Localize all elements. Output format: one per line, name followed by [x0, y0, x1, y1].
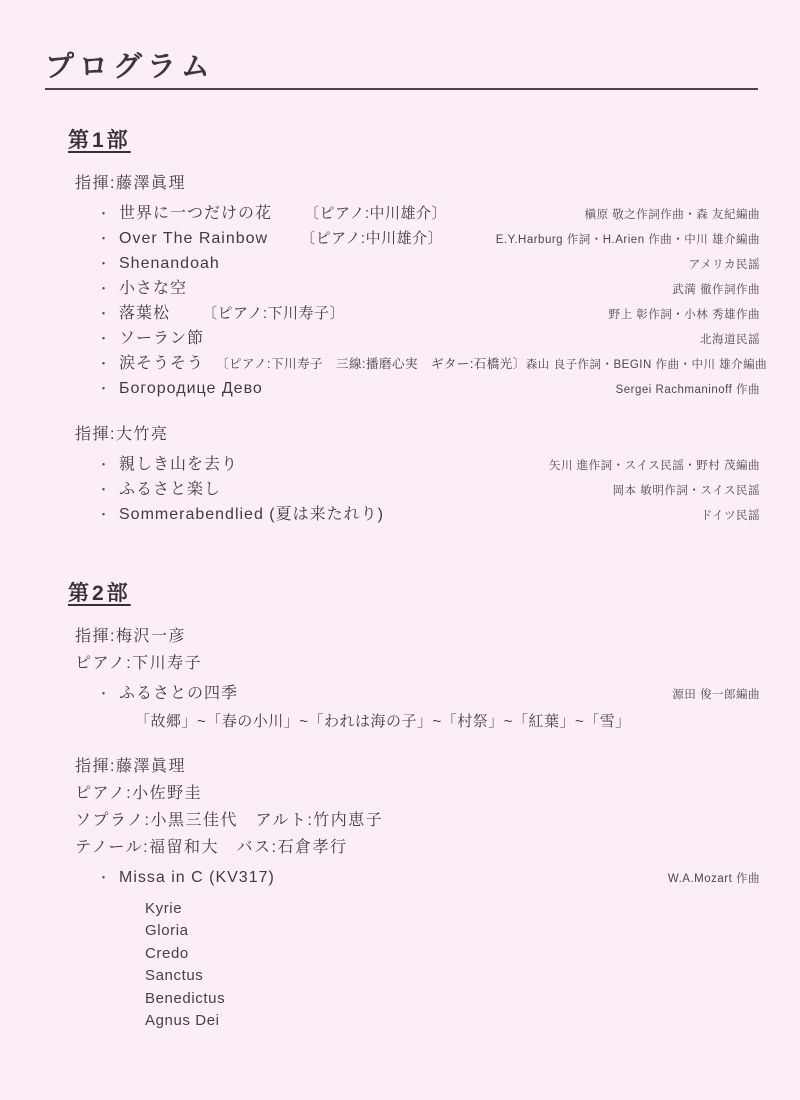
song-title: 落葉松 [119, 305, 170, 323]
song-note: 〔ピアノ:下川寿子 三線:播磨心実 ギター:石橋光〕 [216, 355, 526, 373]
song-list: ・世界に一つだけの花〔ピアノ:中川雄介〕槇原 敬之作詞作曲・森 友紀編曲・Ove… [45, 205, 760, 399]
song-row: ・Missa in C (KV317)W.A.Mozart 作曲 [97, 869, 760, 888]
performer-line: 指揮:藤澤眞理 [75, 174, 760, 193]
song-credit: 源田 俊一郎編曲 [672, 686, 760, 704]
song-title: ソーラン節 [119, 330, 204, 348]
song-title: 親しき山を去り [119, 456, 238, 474]
performer-line: ピアノ:小佐野圭 [75, 784, 760, 803]
bullet-icon: ・ [97, 685, 119, 703]
song-credit: 武満 徹作詞作曲 [672, 281, 760, 299]
song-note: 〔ピアノ:中川雄介〕 [300, 230, 443, 248]
song-list: ・ふるさとの四季源田 俊一郎編曲「故郷」~「春の小川」~「われは海の子」~「村祭… [45, 685, 760, 731]
program-body: 第1部指揮:藤澤眞理・世界に一つだけの花〔ピアノ:中川雄介〕槇原 敬之作詞作曲・… [45, 124, 760, 1032]
song-row: ・ふるさと楽し岡本 敏明作詞・スイス民謡 [97, 481, 760, 500]
song-credit: アメリカ民謡 [689, 256, 760, 274]
song-note: 〔ピアノ:下川寿子〕 [202, 305, 345, 323]
program-page: プログラム 第1部指揮:藤澤眞理・世界に一つだけの花〔ピアノ:中川雄介〕槇原 敬… [0, 0, 800, 1100]
bullet-icon: ・ [97, 230, 119, 248]
song-note: 〔ピアノ:中川雄介〕 [304, 205, 447, 223]
performer-line: ピアノ:下川寿子 [75, 654, 760, 673]
program-content: プログラム 第1部指揮:藤澤眞理・世界に一つだけの花〔ピアノ:中川雄介〕槇原 敬… [0, 0, 800, 1032]
bullet-icon: ・ [97, 380, 119, 398]
song-title: Over The Rainbow [119, 230, 268, 248]
song-row: ・小さな空武満 徹作詞作曲 [97, 280, 760, 299]
bullet-icon: ・ [97, 869, 119, 887]
song-title: 涙そうそう [119, 355, 204, 373]
medley-line: 「故郷」~「春の小川」~「われは海の子」~「村祭」~「紅葉」~「雪」 [135, 710, 760, 731]
performer-line: 指揮:梅沢一彦 [75, 627, 760, 646]
bullet-icon: ・ [97, 456, 119, 474]
song-credit: ドイツ民謡 [701, 507, 760, 525]
program-section: 第1部指揮:藤澤眞理・世界に一つだけの花〔ピアノ:中川雄介〕槇原 敬之作詞作曲・… [45, 124, 760, 525]
performer-group: 指揮:大竹亮・親しき山を去り矢川 進作詞・スイス民謡・野村 茂編曲・ふるさと楽し… [45, 425, 760, 525]
song-credit: 野上 彰作詞・小林 秀雄作曲 [609, 306, 760, 324]
performer-line: 指揮:大竹亮 [75, 425, 760, 444]
title-underline [45, 88, 758, 90]
movement-item: Gloria [145, 920, 760, 942]
program-section: 第2部指揮:梅沢一彦ピアノ:下川寿子・ふるさとの四季源田 俊一郎編曲「故郷」~「… [45, 577, 760, 1032]
bullet-icon: ・ [97, 481, 119, 499]
song-title: ふるさと楽し [119, 481, 221, 499]
song-credit: 槇原 敬之作詞作曲・森 友紀編曲 [585, 206, 760, 224]
bullet-icon: ・ [97, 355, 119, 373]
song-row: ・Shenandoahアメリカ民謡 [97, 255, 760, 274]
bullet-icon: ・ [97, 280, 119, 298]
song-row: ・親しき山を去り矢川 進作詞・スイス民謡・野村 茂編曲 [97, 456, 760, 475]
movement-list: KyrieGloriaCredoSanctusBenedictusAgnus D… [145, 898, 760, 1032]
song-title: ふるさとの四季 [119, 685, 238, 703]
song-title: 世界に一つだけの花 [119, 205, 272, 223]
bullet-icon: ・ [97, 506, 119, 524]
song-list: ・親しき山を去り矢川 進作詞・スイス民謡・野村 茂編曲・ふるさと楽し岡本 敏明作… [45, 456, 760, 525]
song-row: ・ソーラン節北海道民謡 [97, 330, 760, 349]
song-credit: Sergei Rachmaninoff 作曲 [616, 381, 760, 399]
song-title: Missa in C (KV317) [119, 869, 275, 887]
song-row: ・Over The Rainbow〔ピアノ:中川雄介〕E.Y.Harburg 作… [97, 230, 760, 249]
song-credit: E.Y.Harburg 作詞・H.Arien 作曲・中川 雄介編曲 [496, 231, 760, 249]
song-row: ・涙そうそう〔ピアノ:下川寿子 三線:播磨心実 ギター:石橋光〕森山 良子作詞・… [97, 355, 760, 374]
performer-group: 指揮:梅沢一彦ピアノ:下川寿子・ふるさとの四季源田 俊一郎編曲「故郷」~「春の小… [45, 627, 760, 731]
bullet-icon: ・ [97, 205, 119, 223]
performer-line: テノール:福留和大 バス:石倉孝行 [75, 838, 760, 857]
song-credit: W.A.Mozart 作曲 [668, 870, 760, 888]
song-title: 小さな空 [119, 280, 187, 298]
performer-group: 指揮:藤澤眞理・世界に一つだけの花〔ピアノ:中川雄介〕槇原 敬之作詞作曲・森 友… [45, 174, 760, 399]
performer-group: 指揮:藤澤眞理ピアノ:小佐野圭ソプラノ:小黒三佳代 アルト:竹内恵子テノール:福… [45, 757, 760, 1032]
bullet-icon: ・ [97, 255, 119, 273]
performer-line: 指揮:藤澤眞理 [75, 757, 760, 776]
song-credit: 北海道民謡 [700, 331, 760, 349]
song-row: ・Богородице ДевоSergei Rachmaninoff 作曲 [97, 380, 760, 399]
song-row: ・落葉松〔ピアノ:下川寿子〕野上 彰作詞・小林 秀雄作曲 [97, 305, 760, 324]
song-list: ・Missa in C (KV317)W.A.Mozart 作曲KyrieGlo… [45, 869, 760, 1032]
song-credit: 岡本 敏明作詞・スイス民謡 [613, 482, 760, 500]
movement-item: Kyrie [145, 898, 760, 920]
page-title: プログラム [45, 44, 760, 85]
movement-item: Credo [145, 943, 760, 965]
song-row: ・世界に一つだけの花〔ピアノ:中川雄介〕槇原 敬之作詞作曲・森 友紀編曲 [97, 205, 760, 224]
song-row: ・Sommerabendlied (夏は来たれり)ドイツ民謡 [97, 506, 760, 525]
performer-line: ソプラノ:小黒三佳代 アルト:竹内恵子 [75, 811, 760, 830]
song-row: ・ふるさとの四季源田 俊一郎編曲 [97, 685, 760, 704]
song-title: Shenandoah [119, 255, 220, 273]
movement-item: Benedictus [145, 988, 760, 1010]
movement-item: Agnus Dei [145, 1010, 760, 1032]
section-heading: 第2部 [68, 577, 131, 607]
song-credit: 森山 良子作詞・BEGIN 作曲・中川 雄介編曲 [526, 356, 767, 374]
bullet-icon: ・ [97, 305, 119, 323]
section-heading: 第1部 [68, 124, 131, 154]
song-title: Sommerabendlied (夏は来たれり) [119, 506, 384, 524]
song-credit: 矢川 進作詞・スイス民謡・野村 茂編曲 [549, 457, 760, 475]
bullet-icon: ・ [97, 330, 119, 348]
movement-item: Sanctus [145, 965, 760, 987]
song-title: Богородице Дево [119, 380, 263, 398]
